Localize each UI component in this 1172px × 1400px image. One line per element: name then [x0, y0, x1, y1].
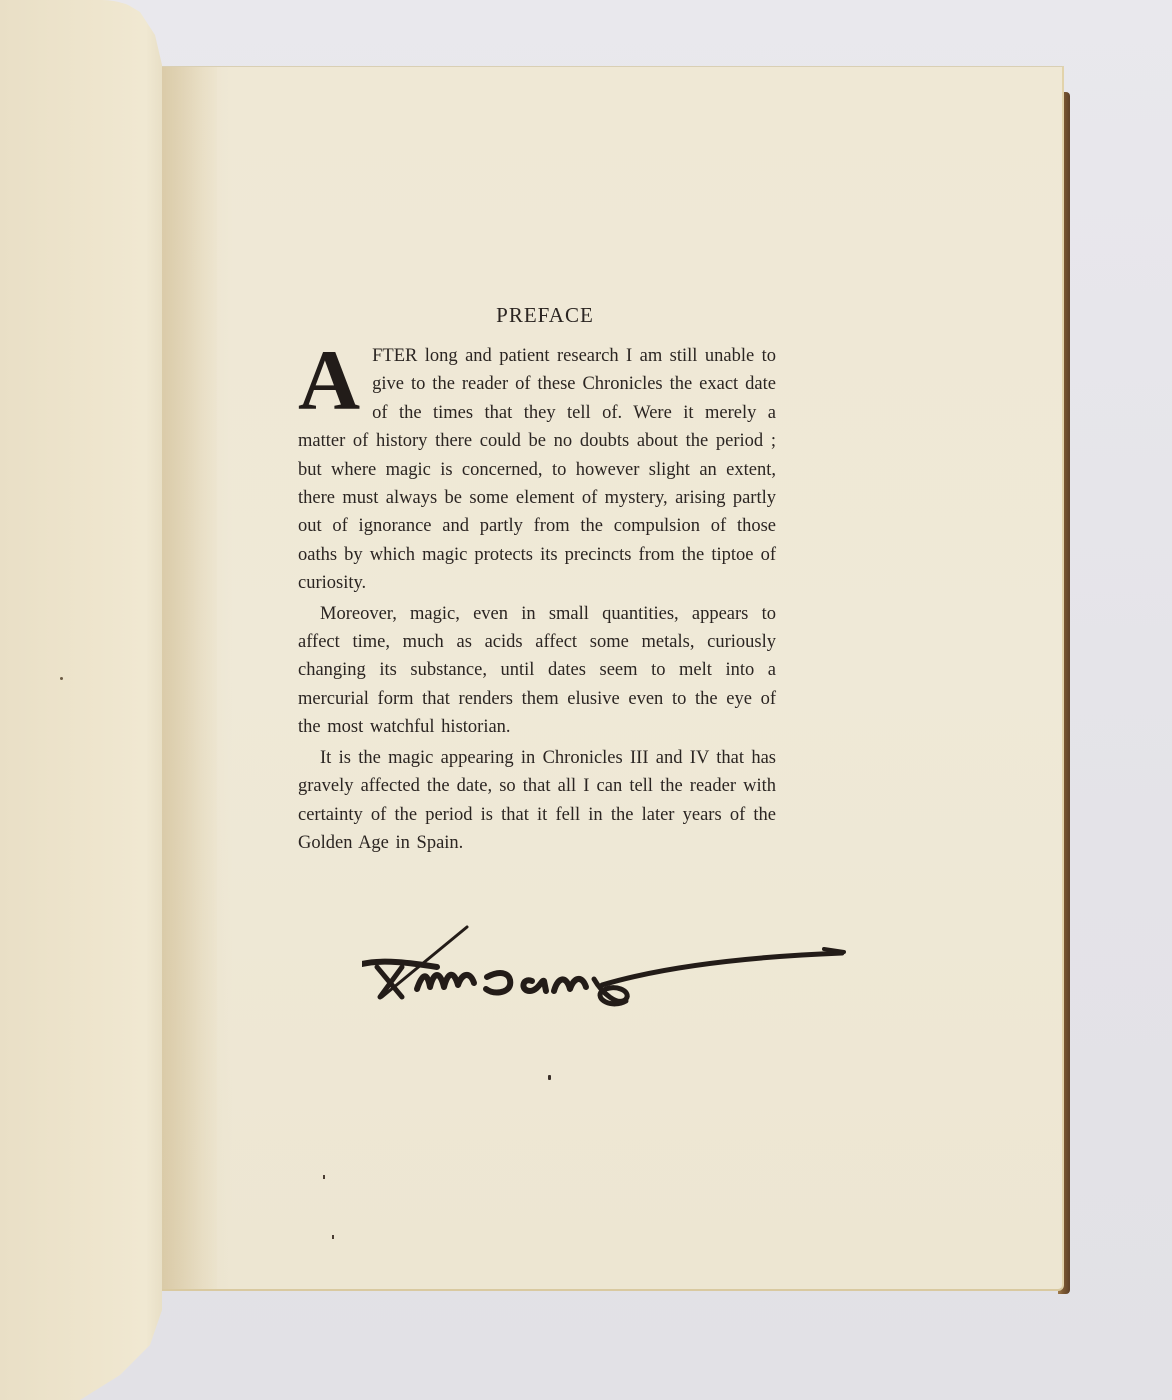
preface-page: PREFACE AFTER long and patient research …	[162, 66, 1064, 1291]
page-mark	[548, 1075, 551, 1080]
paper-speck	[60, 677, 63, 680]
paragraph-3: It is the magic appearing in Chronicles …	[298, 744, 776, 858]
drop-cap: A	[298, 346, 360, 414]
preface-content: PREFACE AFTER long and patient research …	[298, 303, 776, 857]
paper-speck	[323, 1175, 325, 1179]
paragraph-2: Moreover, magic, even in small quantitie…	[298, 600, 776, 742]
page-title: PREFACE	[298, 303, 776, 328]
paragraph-1-text: FTER long and patient research I am stil…	[298, 346, 776, 593]
paragraph-1: AFTER long and patient research I am sti…	[298, 342, 776, 598]
signature-image: Dunsany	[362, 919, 852, 1019]
left-page	[0, 0, 162, 1400]
page-gutter	[162, 67, 217, 1289]
paper-speck	[332, 1235, 334, 1239]
